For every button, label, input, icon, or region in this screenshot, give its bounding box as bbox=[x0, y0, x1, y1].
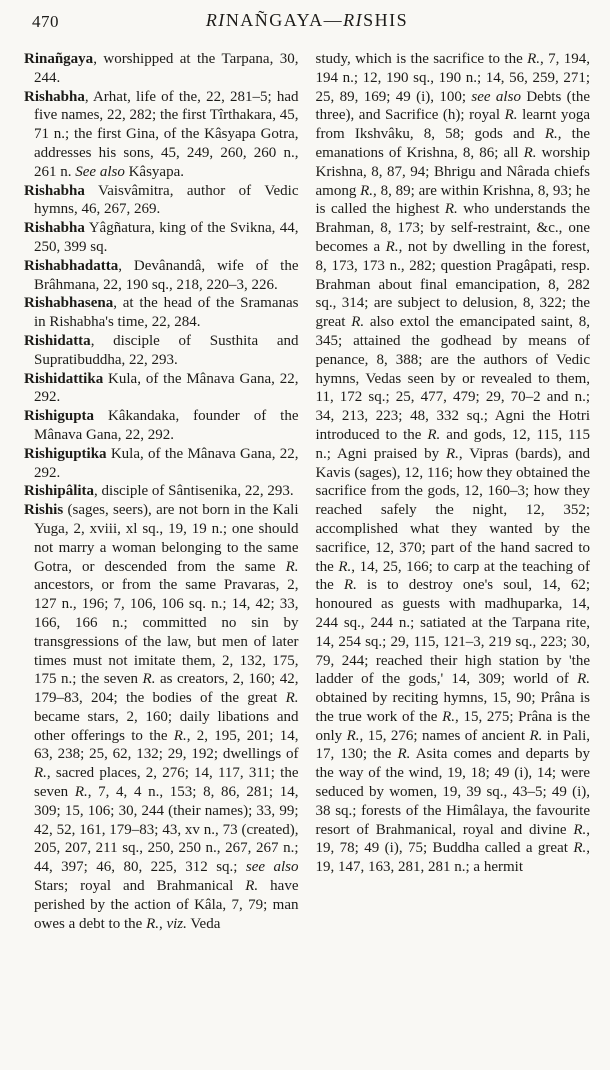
index-entry: Rishipâlita, disciple of Sântisenika, 22… bbox=[24, 482, 299, 501]
index-entry-headword: Rishabha bbox=[24, 89, 85, 105]
index-entry: Rishis (sages, seers), are not born in t… bbox=[24, 501, 299, 933]
index-entry-headword: Rishis bbox=[24, 502, 63, 518]
index-entry: Rishabha, Arhat, life of the, 22, 281–5;… bbox=[24, 88, 299, 182]
index-column-left: Rinañgaya, worshipped at the Tarpana, 30… bbox=[24, 50, 299, 933]
index-entry-headword: Rinañgaya bbox=[24, 51, 93, 67]
page-header-title: RINAÑGAYA—RISHIS bbox=[24, 10, 590, 31]
index-entry: Rishiguptika Kula, of the Mânava Gana, 2… bbox=[24, 445, 299, 483]
index-entry: Rishabha Yâgñatura, king of the Svikna, … bbox=[24, 219, 299, 257]
index-entry: Rishabhasena, at the head of the Sramana… bbox=[24, 294, 299, 332]
index-entry: Rishidatta, disciple of Susthita and Sup… bbox=[24, 332, 299, 370]
index-entry: Rishidattika Kula, of the Mânava Gana, 2… bbox=[24, 370, 299, 408]
index-entry: Rishigupta Kâkandaka, founder of the Mân… bbox=[24, 407, 299, 445]
index-entry: Rinañgaya, worshipped at the Tarpana, 30… bbox=[24, 50, 299, 88]
index-entry-headword: Rishidatta bbox=[24, 333, 91, 349]
index-column-right: study, which is the sacrifice to the R.,… bbox=[316, 50, 591, 933]
index-entry-headword: Rishabha bbox=[24, 183, 85, 199]
index-entry-headword: Rishipâlita bbox=[24, 483, 94, 499]
index-entry-headword: Rishidattika bbox=[24, 371, 103, 387]
page-header: 470 RINAÑGAYA—RISHIS bbox=[24, 10, 590, 40]
index-entry: Rishabhadatta, Devânandâ, wife of the Br… bbox=[24, 257, 299, 295]
index-entry-headword: Rishabha bbox=[24, 220, 85, 236]
index-entry-headword: Rishiguptika bbox=[24, 446, 107, 462]
index-entry-headword: Rishigupta bbox=[24, 408, 94, 424]
index-entry: Rishabha Vaisvâmitra, author of Vedic hy… bbox=[24, 182, 299, 220]
index-columns: Rinañgaya, worshipped at the Tarpana, 30… bbox=[24, 50, 590, 933]
index-entry-headword: Rishabhadatta bbox=[24, 258, 118, 274]
book-page: 470 RINAÑGAYA—RISHIS Rinañgaya, worshipp… bbox=[0, 0, 610, 1070]
index-entry-continuation: study, which is the sacrifice to the R.,… bbox=[316, 50, 591, 877]
index-entry-headword: Rishabhasena bbox=[24, 295, 113, 311]
